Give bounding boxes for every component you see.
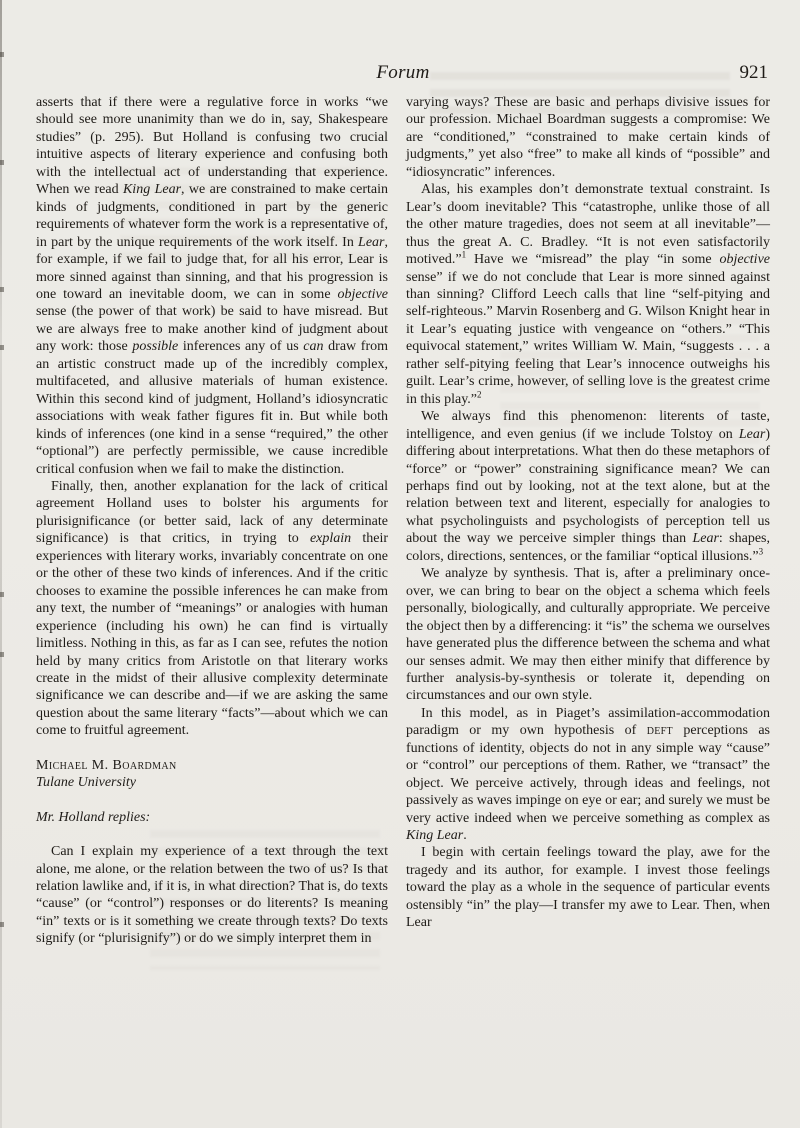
signature-affiliation: Tulane University [36, 774, 388, 791]
scan-edge-tick [0, 52, 4, 57]
running-title: Forum [36, 62, 770, 84]
right-column: varying ways? These are basic and perhap… [406, 94, 770, 932]
journal-page: Forum 921 asserts that if there were a r… [0, 0, 800, 1128]
paragraph: We analyze by synthesis. That is, after … [406, 565, 770, 705]
reply-heading: Mr. Holland replies: [36, 809, 388, 826]
scan-edge-tick [0, 592, 4, 597]
paragraph: asserts that if there were a regulative … [36, 94, 388, 478]
paragraph: Finally, then, another explanation for t… [36, 478, 388, 740]
scan-edge-tick [0, 345, 4, 350]
scan-edge-tick [0, 652, 4, 657]
paragraph: We always find this phenomenon: literent… [406, 408, 770, 565]
paragraph: In this model, as in Piaget’s assimilati… [406, 705, 770, 845]
paragraph: varying ways? These are basic and perhap… [406, 94, 770, 181]
signature-name: Michael M. Boardman [36, 757, 388, 774]
paragraph: Alas, his examples don’t demonstrate tex… [406, 181, 770, 408]
page-header: Forum 921 [36, 62, 770, 88]
paragraph: I begin with certain feelings toward the… [406, 844, 770, 931]
scan-edge-tick [0, 160, 4, 165]
scan-edge-artifact [0, 0, 2, 1128]
paragraph: Can I explain my experience of a text th… [36, 843, 388, 948]
left-column: asserts that if there were a regulative … [36, 94, 388, 948]
page-number: 921 [740, 62, 769, 84]
scan-edge-tick [0, 287, 4, 292]
scan-edge-tick [0, 922, 4, 927]
